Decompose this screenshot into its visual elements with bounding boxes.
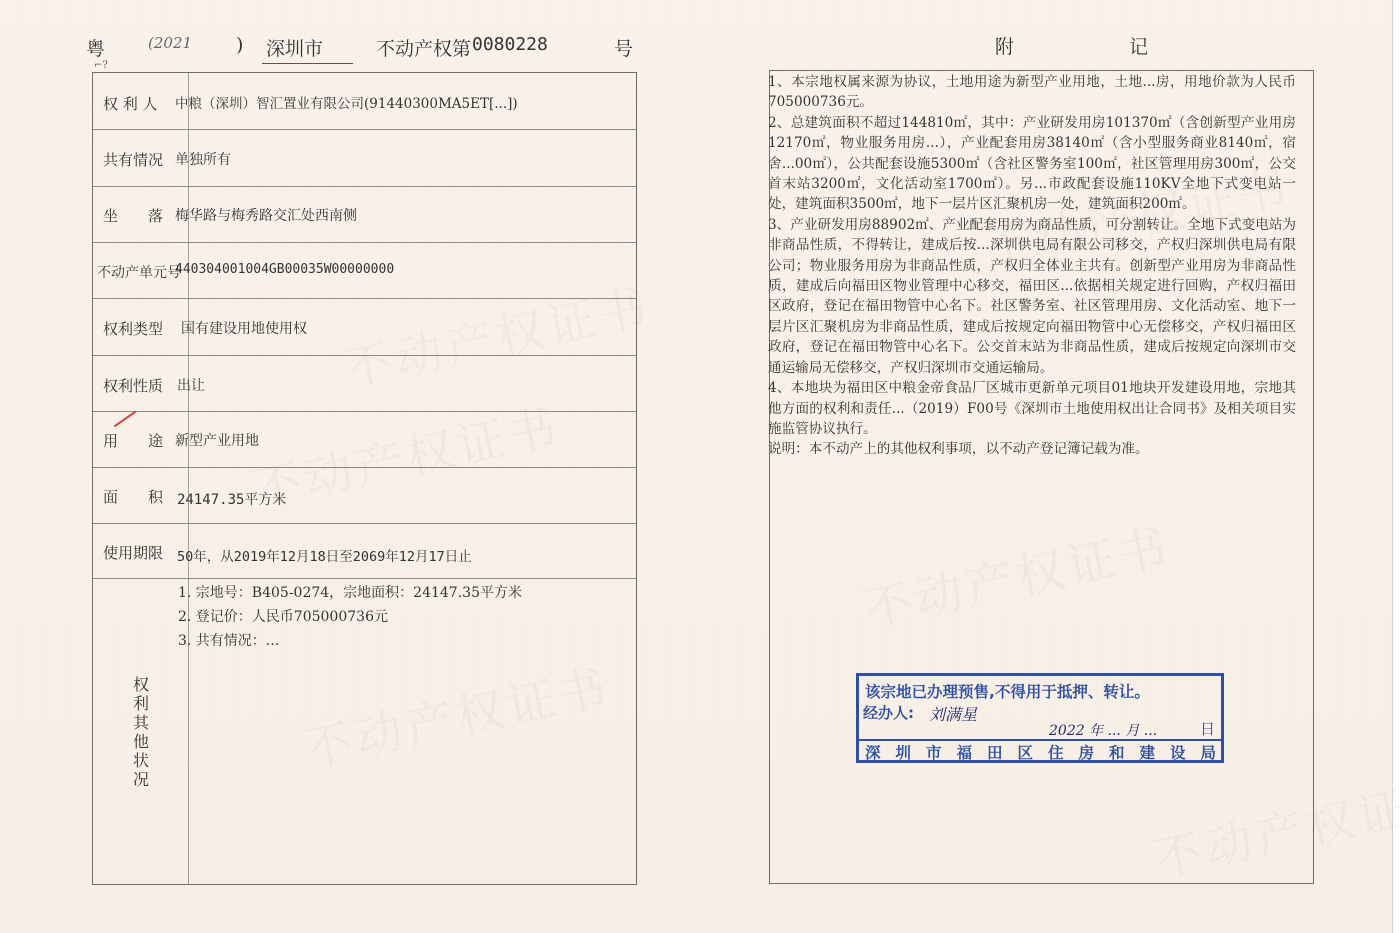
- certificate-prefix: 不动产权第: [376, 34, 471, 61]
- certificate-suffix: 号: [614, 34, 633, 61]
- table-row: 使用期限 50年，从2019年12月18日至2069年12月17日止: [93, 524, 636, 579]
- row-label: 不动产单元号: [97, 262, 181, 282]
- scan-edge: [1392, 0, 1400, 933]
- presale-stamp: 该宗地已办理预售,不得用于抵押、转让。 经办人: 刘满星 2022 年 ... …: [856, 673, 1224, 763]
- row-label: 使用期限: [103, 542, 163, 563]
- stamp-agent-label: 经办人:: [863, 702, 914, 723]
- annex-note: 说明：本不动产上的其他权利事项，以不动产登记簿记载为准。: [768, 439, 1296, 459]
- table-row: 坐 落 梅华路与梅秀路交汇处西南侧: [93, 187, 636, 243]
- annex-paragraph: 1、本宗地权属来源为协议，土地用途为新型产业用地，土地...房，用地价款为人民币…: [768, 72, 1296, 113]
- stamp-bureau: 深圳市福田区住房和建设局: [865, 741, 1215, 763]
- annex-title: 附 记: [995, 32, 1196, 59]
- close-paren: ): [236, 34, 243, 56]
- other-condition-item: 2. 登记价：人民币705000736元: [178, 605, 522, 629]
- row-label: 用 途: [103, 430, 163, 451]
- other-condition-item: 1. 宗地号：B405-0274，宗地面积：24147.35平方米: [178, 581, 522, 605]
- stamp-day-label: 日: [1200, 718, 1215, 739]
- city-name: 深圳市: [262, 34, 353, 64]
- row-label: 权利性质: [103, 375, 163, 396]
- row-value: 新型产业用地: [175, 430, 259, 450]
- table-row: 面 积 24147.35平方米: [93, 468, 636, 524]
- row-label: 权 利 人: [103, 93, 158, 114]
- annex-paragraph: 2、总建筑面积不超过144810㎡，其中：产业研发用房101370㎡（含创新型产…: [768, 113, 1296, 215]
- table-row: 不动产单元号 440304001004GB00035W00000000: [93, 243, 636, 299]
- agent-signature: 刘满星: [929, 702, 977, 725]
- table-row: 权 利 人 中粮（深圳）智汇置业有限公司(91440300MA5ET[...]): [93, 73, 636, 130]
- certificate-number: 0080228: [472, 34, 548, 55]
- other-conditions-label: 权利其他状况: [131, 675, 151, 789]
- row-value: 440304001004GB00035W00000000: [175, 262, 394, 277]
- stamp-date: 2022 年 ... 月 ...: [1049, 720, 1157, 740]
- row-label: 共有情况: [103, 149, 163, 170]
- row-value: 中粮（深圳）智汇置业有限公司(91440300MA5ET[...]): [175, 92, 518, 112]
- province-abbrev: 粤: [86, 34, 105, 61]
- certificate-year: (2021: [148, 34, 192, 52]
- row-value: 单独所有: [175, 149, 231, 169]
- other-condition-item: 3. 共有情况：...: [178, 629, 522, 653]
- annex-paragraph: 4、本地块为福田区中粮金帝食品厂区城市更新单元项目01地块开发建设用地，宗地其他…: [768, 378, 1296, 439]
- table-row: 权利性质 出让: [93, 356, 636, 412]
- row-value: 出让: [177, 375, 205, 395]
- row-value: 梅华路与梅秀路交汇处西南侧: [175, 205, 357, 225]
- handwritten-mark: ⌐?: [94, 60, 108, 71]
- row-value: 50年，从2019年12月18日至2069年12月17日止: [177, 545, 472, 565]
- annex-paragraph: 3、产业研发用房88902㎡、产业配套用房为商品性质，可分割转让。全地下式变电站…: [768, 215, 1296, 378]
- row-label: 面 积: [103, 486, 163, 507]
- other-conditions-list: 1. 宗地号：B405-0274，宗地面积：24147.35平方米 2. 登记价…: [178, 581, 522, 653]
- row-value: 24147.35平方米: [177, 489, 286, 509]
- table-row: 权利类型 国有建设用地使用权: [93, 299, 636, 356]
- annex-text: 1、本宗地权属来源为协议，土地用途为新型产业用地，土地...房，用地价款为人民币…: [768, 72, 1296, 460]
- table-row: 共有情况 单独所有: [93, 130, 636, 187]
- row-label: 权利类型: [103, 318, 163, 339]
- row-value: 国有建设用地使用权: [181, 318, 307, 338]
- certificate-number-header: 粤 (2021 ) 深圳市 不动产权第 0080228 号: [86, 30, 646, 64]
- row-label: 坐 落: [103, 205, 163, 226]
- stamp-notice: 该宗地已办理预售,不得用于抵押、转让。: [865, 680, 1150, 702]
- property-info-table: 权 利 人 中粮（深圳）智汇置业有限公司(91440300MA5ET[...])…: [92, 72, 637, 885]
- table-row: 用 途 新型产业用地: [93, 412, 636, 468]
